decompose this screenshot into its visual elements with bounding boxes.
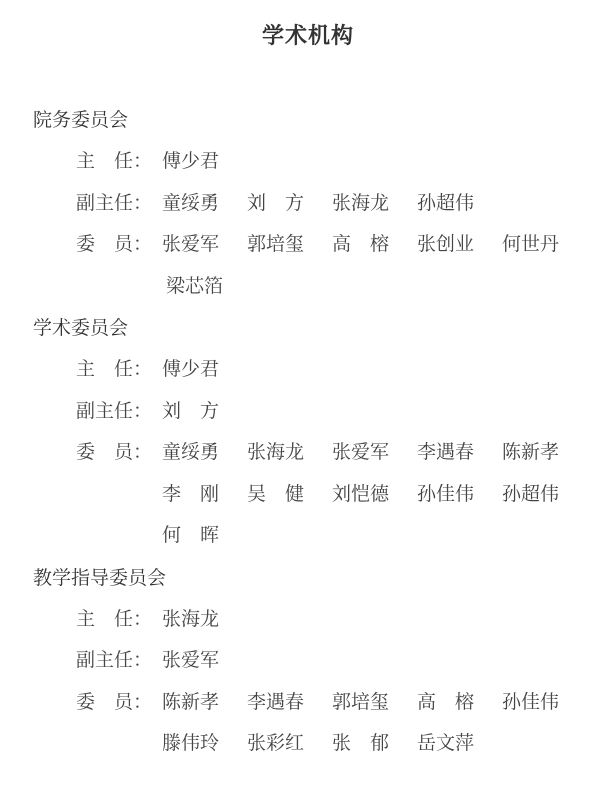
director-row: 主 任： 傅少君 — [0, 147, 616, 175]
members-row: 委 员： 陈新孝 李遇春 郭培玺 高 榕 孙佳伟 — [0, 688, 616, 716]
role-label: 主 任： — [76, 605, 162, 633]
member-name: 张爱军 — [332, 438, 389, 466]
section-heading: 院务委员会 — [33, 107, 128, 133]
member-name: 孙佳伟 — [502, 688, 559, 716]
members-row-continued: 滕伟玲 张彩红 张 郁 岳文萍 — [0, 729, 616, 757]
role-label: 委 员： — [76, 688, 162, 716]
member-name: 刘 方 — [247, 189, 304, 217]
role-label: 副主任： — [76, 397, 162, 425]
member-name: 童绥勇 — [162, 189, 219, 217]
member-name: 郭培玺 — [332, 688, 389, 716]
role-label: 副主任： — [76, 646, 162, 674]
director-row: 主 任： 傅少君 — [0, 355, 616, 383]
role-label: 委 员： — [76, 438, 162, 466]
member-name: 张 郁 — [332, 729, 389, 757]
member-name: 李 刚 — [162, 480, 219, 508]
page-title: 学术机构 — [0, 20, 616, 52]
member-name: 刘恺德 — [332, 480, 389, 508]
member-name: 郭培玺 — [247, 230, 304, 258]
members-row: 委 员： 童绥勇 张海龙 张爱军 李遇春 陈新孝 — [0, 438, 616, 466]
member-name: 张创业 — [417, 230, 474, 258]
member-name: 张彩红 — [247, 729, 304, 757]
role-label: 副主任： — [76, 189, 162, 217]
member-name: 李遇春 — [417, 438, 474, 466]
role-label: 主 任： — [76, 355, 162, 383]
deputy-director-row: 副主任： 刘 方 — [0, 397, 616, 425]
member-name: 张爱军 — [162, 646, 219, 674]
member-name: 陈新孝 — [502, 438, 559, 466]
member-name: 何世丹 — [502, 230, 559, 258]
member-name: 陈新孝 — [162, 688, 219, 716]
director-row: 主 任： 张海龙 — [0, 605, 616, 633]
section-heading: 教学指导委员会 — [33, 565, 166, 591]
member-name: 张海龙 — [162, 605, 219, 633]
member-name: 张海龙 — [247, 438, 304, 466]
member-name: 何 晖 — [162, 521, 219, 549]
member-name: 孙超伟 — [502, 480, 559, 508]
member-name: 滕伟玲 — [162, 729, 219, 757]
member-name: 高 榕 — [417, 688, 474, 716]
members-row-continued: 何 晖 — [0, 521, 616, 549]
section-heading: 学术委员会 — [33, 315, 128, 341]
role-label: 委 员： — [76, 230, 162, 258]
member-name: 傅少君 — [162, 147, 219, 175]
member-name: 高 榕 — [332, 230, 389, 258]
member-name: 岳文萍 — [417, 729, 474, 757]
member-name: 孙佳伟 — [417, 480, 474, 508]
members-row: 委 员： 张爱军 郭培玺 高 榕 张创业 何世丹 — [0, 230, 616, 258]
members-row-continued: 李 刚 吴 健 刘恺德 孙佳伟 孙超伟 — [0, 480, 616, 508]
member-name: 孙超伟 — [417, 189, 474, 217]
deputy-director-row: 副主任： 童绥勇 刘 方 张海龙 孙超伟 — [0, 189, 616, 217]
role-label: 主 任： — [76, 147, 162, 175]
member-name: 刘 方 — [162, 397, 219, 425]
member-name: 李遇春 — [247, 688, 304, 716]
member-name: 张海龙 — [332, 189, 389, 217]
members-row-continued: 梁芯箔 — [0, 272, 616, 300]
member-name: 傅少君 — [162, 355, 219, 383]
member-name: 张爱军 — [162, 230, 219, 258]
member-name: 梁芯箔 — [166, 272, 223, 300]
deputy-director-row: 副主任： 张爱军 — [0, 646, 616, 674]
member-name: 吴 健 — [247, 480, 304, 508]
member-name: 童绥勇 — [162, 438, 219, 466]
